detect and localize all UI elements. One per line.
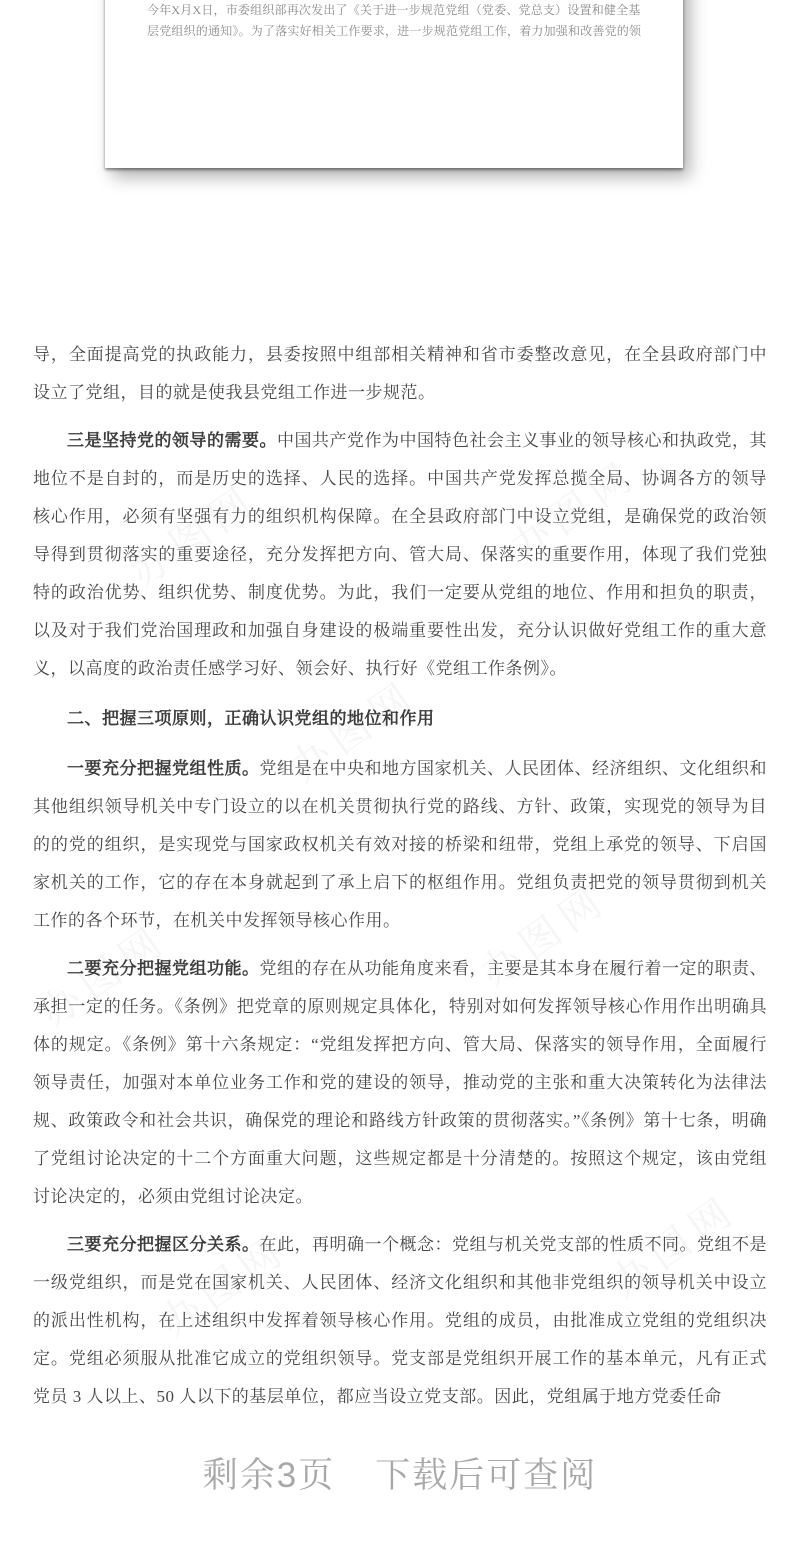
document-preview-card: 今年X月X日，市委组织部再次发出了《关于进一步规范党组（党委、党总支）设置和健全… [105,0,683,168]
paragraph-lead: 三要充分把握区分关系。 [67,1235,260,1254]
paragraph-text: 在此，再明确一个概念：党组与机关党支部的性质不同。党组不是一级党组织，而是党在国… [33,1235,767,1406]
section-heading-two: 二、把握三项原则，正确认识党组的地位和作用 [33,700,767,738]
paragraph-text: 导，全面提高党的执政能力，县委按照中组部相关精神和省市委整改意见，在全县政府部门… [33,345,767,402]
paragraph-grasp-distinction: 三要充分把握区分关系。在此，再明确一个概念：党组与机关党支部的性质不同。党组不是… [33,1226,767,1416]
download-to-view-label: 下载后可查阅 [375,1456,597,1495]
paragraph-lead: 三是坚持党的领导的需要。 [67,431,277,450]
paragraph-lead: 一要充分把握党组性质。 [67,759,260,778]
remaining-pages-footer: 剩余3页下载后可查阅 [0,1448,800,1498]
remaining-pages-label: 剩余3页 [203,1456,335,1495]
card-text-line: 层党组织的通知》。为了落实好相关工作要求，进一步规范党组工作，着力加强和改善党的… [147,21,659,42]
paragraph-text: 党组的存在从功能角度来看，主要是其本身在履行着一定的职责、承担一定的任务。《条例… [33,959,767,1206]
paragraph-lead: 二要充分把握党组功能。 [67,959,260,978]
document-card-text: 今年X月X日，市委组织部再次发出了《关于进一步规范党组（党委、党总支）设置和健全… [147,0,659,42]
paragraph-point-three-need: 三是坚持党的领导的需要。中国共产党作为中国特色社会主义事业的领导核心和执政党，其… [33,422,767,688]
paragraph-text: 党组是在中央和地方国家机关、人民团体、经济组织、文化组织和其他组织领导机关中专门… [33,759,767,930]
document-body: 导，全面提高党的执政能力，县委按照中组部相关精神和省市委整改意见，在全县政府部门… [33,336,767,1426]
paragraph-continuation: 导，全面提高党的执政能力，县委按照中组部相关精神和省市委整改意见，在全县政府部门… [33,336,767,412]
paragraph-text: 中国共产党作为中国特色社会主义事业的领导核心和执政党，其地位不是自封的，而是历史… [33,431,767,678]
card-text-line: 今年X月X日，市委组织部再次发出了《关于进一步规范党组（党委、党总支）设置和健全… [147,0,659,21]
paragraph-grasp-nature: 一要充分把握党组性质。党组是在中央和地方国家机关、人民团体、经济组织、文化组织和… [33,750,767,940]
paragraph-grasp-function: 二要充分把握党组功能。党组的存在从功能角度来看，主要是其本身在履行着一定的职责、… [33,950,767,1216]
